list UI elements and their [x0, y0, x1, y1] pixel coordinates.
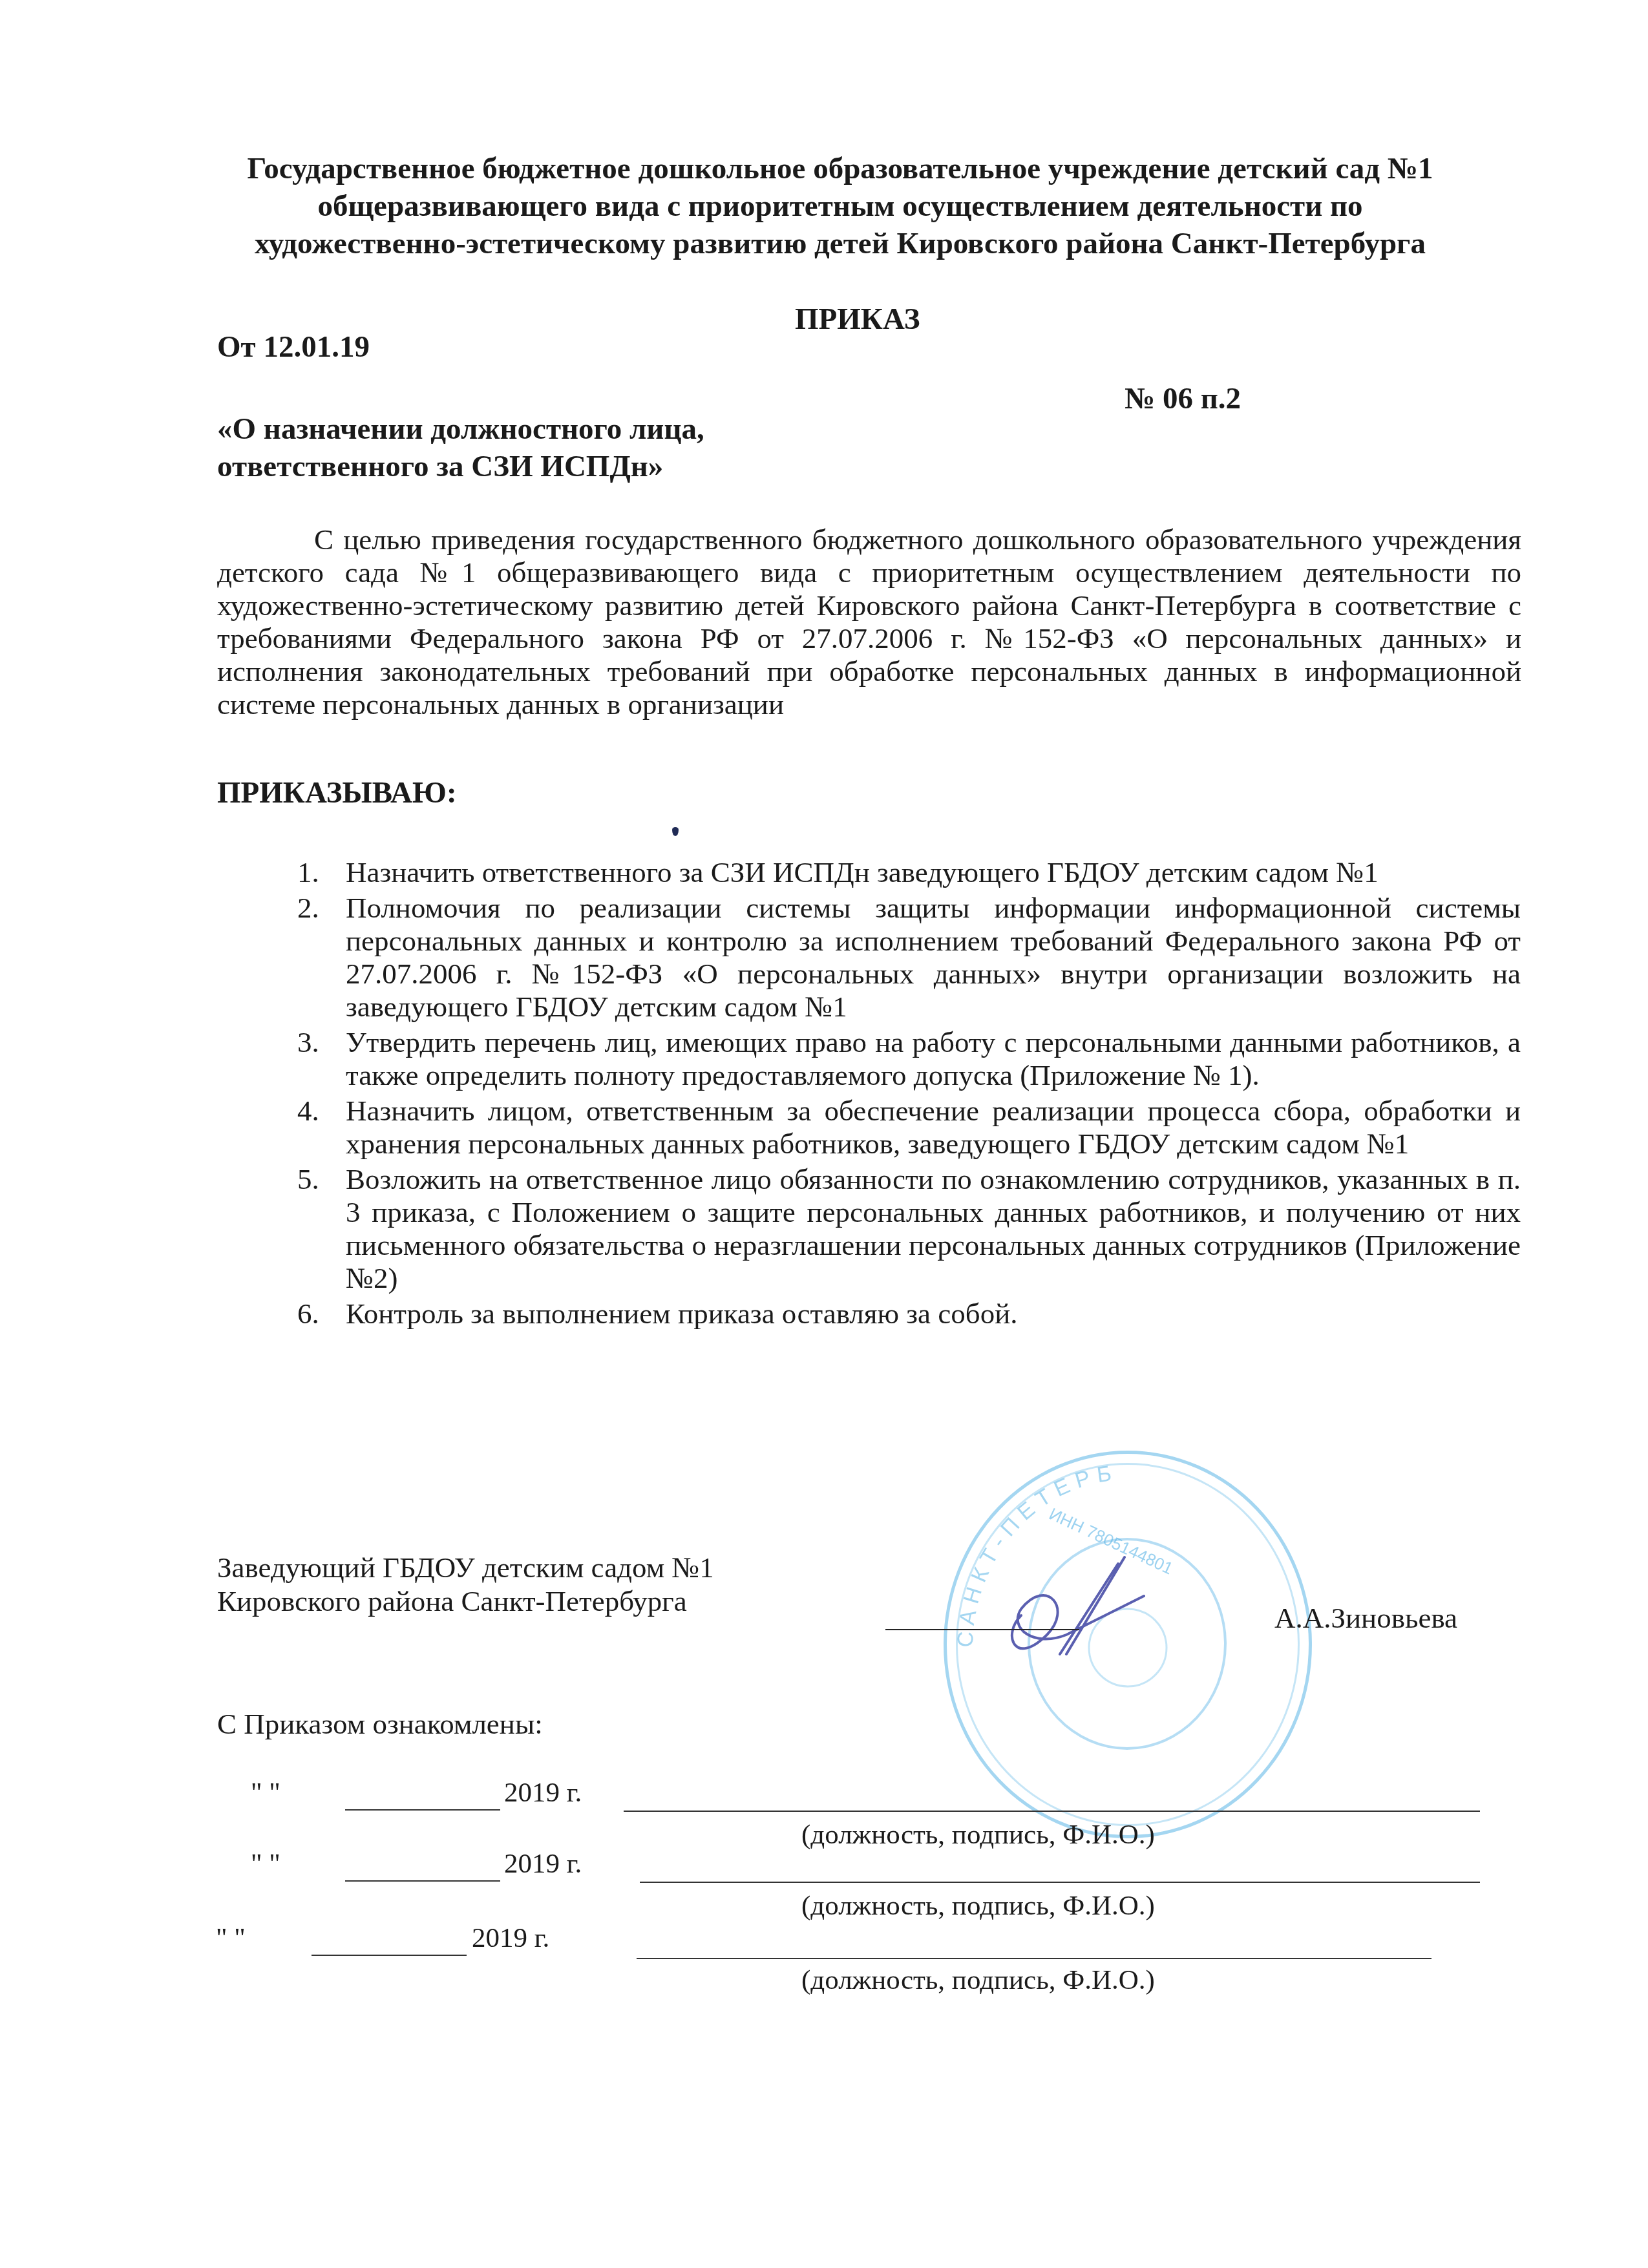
orders-heading: ПРИКАЗЫВАЮ:: [217, 775, 457, 810]
acknowledgement-caption: (должность, подпись, Ф.И.О.): [801, 1964, 1155, 1996]
document-title: ПРИКАЗ: [795, 302, 920, 337]
order-item: 5.Возложить на ответственное лицо обязан…: [297, 1163, 1521, 1295]
acknowledgement-row: " " 2019 г.: [207, 1922, 1486, 1961]
order-subject: «О назначении должностного лица, ответст…: [217, 410, 799, 485]
order-item: 4.Назначить лицом, ответственным за обес…: [297, 1095, 1521, 1160]
year-label: 2019 г.: [504, 1848, 582, 1880]
order-text: Полномочия по реализации системы защиты …: [346, 892, 1521, 1023]
signer-position-line-2: Кировского района Санкт-Петербурга: [217, 1584, 863, 1618]
date-blank-line: [312, 1955, 467, 1956]
order-number-label: 3.: [297, 1026, 319, 1059]
signer-name: А.А.Зиновьева: [1274, 1601, 1457, 1635]
acknowledgement-title: С Приказом ознакомлены:: [217, 1707, 543, 1741]
year-label: 2019 г.: [472, 1922, 549, 1954]
order-item: 6.Контроль за выполнением приказа оставл…: [297, 1297, 1521, 1330]
order-number-label: 1.: [297, 856, 319, 889]
order-text: Возложить на ответственное лицо обязанно…: [346, 1163, 1521, 1294]
year-label: 2019 г.: [504, 1777, 582, 1809]
acknowledgement-caption: (должность, подпись, Ф.И.О.): [801, 1819, 1155, 1851]
organization-header: Государственное бюджетное дошкольное обр…: [213, 150, 1467, 262]
handwritten-signature: [995, 1538, 1189, 1667]
signer-position: Заведующий ГБДОУ детским садом №1 Кировс…: [217, 1551, 863, 1618]
date-blank-line: [345, 1880, 500, 1882]
order-text: Назначить ответственного за СЗИ ИСПДн за…: [346, 856, 1379, 888]
signature-blank-line: [624, 1811, 1480, 1812]
preamble-paragraph: С целью приведения государственного бюдж…: [217, 523, 1521, 721]
order-item: 1.Назначить ответственного за СЗИ ИСПДн …: [297, 856, 1521, 889]
order-text: Назначить лицом, ответственным за обеспе…: [346, 1095, 1521, 1160]
order-number-label: 6.: [297, 1297, 319, 1330]
acknowledgement-row: " " 2019 г.: [207, 1777, 1486, 1816]
signature-blank-line: [640, 1882, 1480, 1883]
date-quote-marks: " ": [216, 1922, 246, 1954]
date-quote-marks: " ": [251, 1848, 280, 1880]
order-text: Контроль за выполнением приказа оставляю…: [346, 1297, 1018, 1330]
acknowledgement-row: " " 2019 г.: [207, 1848, 1486, 1887]
orders-list: 1.Назначить ответственного за СЗИ ИСПДн …: [297, 856, 1521, 1333]
document-page: Государственное бюджетное дошкольное обр…: [0, 0, 1648, 2268]
signature-line: [885, 1629, 1079, 1630]
order-number-label: 5.: [297, 1163, 319, 1196]
order-date: От 12.01.19: [217, 330, 370, 364]
date-quote-marks: " ": [251, 1777, 280, 1809]
subject-line-2: ответственного за СЗИ ИСПДн»: [217, 448, 799, 485]
acknowledgement-caption: (должность, подпись, Ф.И.О.): [801, 1890, 1155, 1922]
order-number-label: 2.: [297, 892, 319, 925]
order-number: № 06 п.2: [1125, 381, 1241, 416]
order-item: 3.Утвердить перечень лиц, имеющих право …: [297, 1026, 1521, 1092]
order-text: Утвердить перечень лиц, имеющих право на…: [346, 1026, 1521, 1091]
signer-position-line-1: Заведующий ГБДОУ детским садом №1: [217, 1551, 863, 1584]
order-item: 2.Полномочия по реализации системы защит…: [297, 892, 1521, 1024]
date-blank-line: [345, 1809, 500, 1811]
subject-line-1: «О назначении должностного лица,: [217, 410, 799, 448]
ink-mark: [672, 827, 679, 836]
signature-blank-line: [637, 1958, 1431, 1959]
order-number-label: 4.: [297, 1095, 319, 1128]
